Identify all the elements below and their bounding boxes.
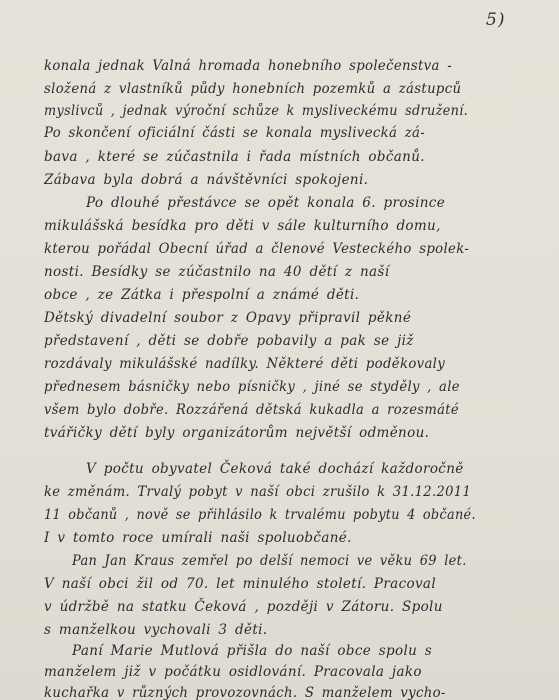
text-line: bava , které se zúčastnila i řada místní… — [44, 146, 514, 168]
text-line: mikulášská besídka pro děti v sále kultu… — [44, 215, 514, 237]
text-line: nosti. Besídky se zúčastnilo na 40 dětí … — [44, 261, 514, 283]
text-line: konala jednak Valná hromada honebního sp… — [44, 55, 505, 77]
text-line: kterou pořádal Obecní úřad a členové Ves… — [44, 238, 505, 260]
paragraph-start-line: Po dlouhé přestávce se opět konala 6. pr… — [86, 192, 514, 214]
text-line: složená z vlastníků půdy honebních pozem… — [44, 78, 505, 100]
text-line: myslivců , jednak výroční schůze k mysli… — [44, 100, 491, 122]
handwritten-document-page: 5) konala jednak Valná hromada honebního… — [0, 0, 559, 700]
text-line: všem bylo dobře. Rozzářená dětská kukadl… — [44, 399, 500, 421]
paragraph-start-line: Paní Marie Mutlová přišla do naší obce s… — [72, 640, 514, 662]
text-line: s manželkou vychovali 3 děti. — [44, 619, 514, 641]
text-line: I v tomto roce umírali naši spoluobčané. — [44, 527, 514, 549]
text-line: tvářičky dětí byly organizátorům největš… — [44, 422, 514, 444]
text-line: přednesem básničky nebo písničky , jiné … — [44, 376, 500, 398]
text-line: rozdávaly mikulášské nadílky. Některé dě… — [44, 353, 505, 375]
text-line: Dětský divadelní soubor z Opavy připravi… — [44, 307, 514, 329]
paragraph-start-line: V počtu obyvatel Čeková také dochází kaž… — [86, 458, 514, 480]
text-line: představení , děti se dobře pobavily a p… — [44, 330, 514, 352]
text-line: 11 občanů , nově se přihlásilo k trvalém… — [44, 504, 491, 526]
text-line: v údržbě na statku Čeková , později v Zá… — [44, 596, 514, 618]
paragraph-start-line: Pan Jan Kraus zemřel po delší nemoci ve … — [72, 550, 496, 572]
text-line: kuchařka v různých provozovnách. S manže… — [44, 682, 505, 700]
text-line: manželem již v počátku osidlování. Praco… — [44, 661, 514, 683]
text-line: ke změnám. Trvalý pobyt v naší obci zruš… — [44, 481, 500, 503]
text-line: obce , ze Zátka i přespolní a známé děti… — [44, 284, 514, 306]
text-line: Po skončení oficiální části se konala my… — [44, 122, 505, 144]
text-line: V naší obci žil od 70. let minulého stol… — [44, 573, 514, 595]
text-line: Zábava byla dobrá a návštěvníci spokojen… — [44, 169, 514, 191]
page-number: 5) — [486, 10, 505, 30]
